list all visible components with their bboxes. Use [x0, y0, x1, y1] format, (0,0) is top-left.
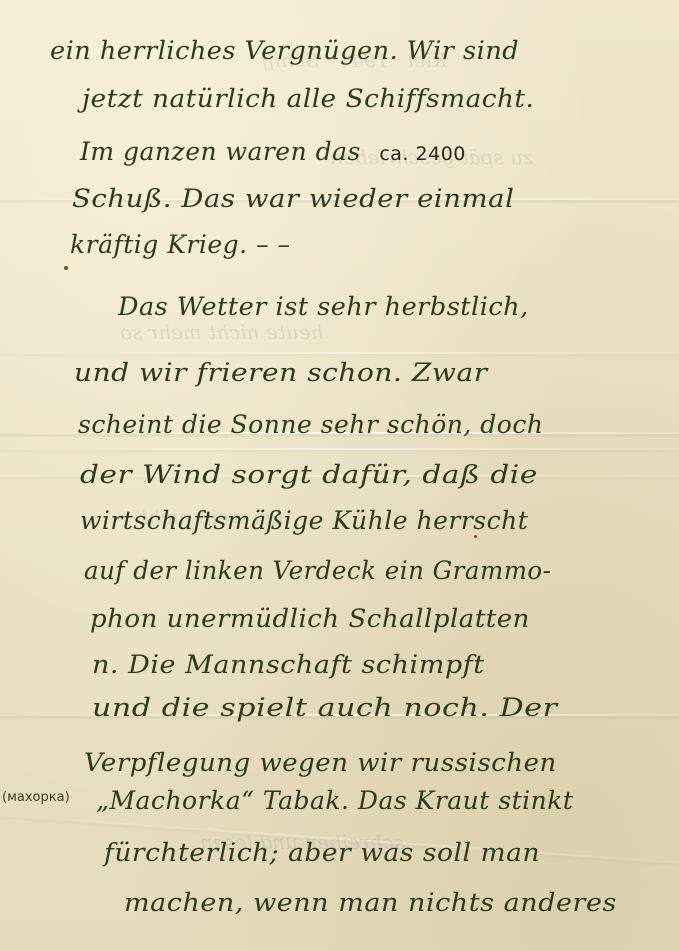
amount-text: ca. 2400 [379, 143, 466, 165]
letter-line-2: jetzt natürlich alle Schiffsmacht. [82, 84, 534, 113]
letter-line-13: n. Die Mannschaft schimpft [92, 650, 485, 679]
letter-line-7: und wir frieren schon. Zwar [74, 358, 488, 387]
letter-line-17: fürchterlich; aber was soll man [104, 838, 540, 867]
letter-line-14: und die spielt auch noch. Der [92, 693, 558, 722]
letter-line-4: Schuß. Das war wieder einmal [72, 184, 514, 213]
margin-note: (махорка) [2, 790, 70, 805]
letter-line-3: Im ganzen waren das ca. 2400 [80, 137, 466, 166]
bleed-through-text: heute nicht mehr so [120, 320, 324, 344]
ink-spot [64, 266, 68, 270]
letter-line-12: phon unermüdlich Schallplatten [90, 604, 530, 633]
letter-line-8: scheint die Sonne sehr schön, doch [78, 410, 543, 439]
paper-crease [0, 448, 679, 450]
letter-line-6: Das Wetter ist sehr herbstlich, [118, 292, 529, 321]
letter-page: Kiel · 1941 · Schiff zu spät geschrieben… [0, 0, 679, 951]
letter-line-18: machen, wenn man nichts anderes [124, 888, 617, 917]
letter-line-10: wirtschaftsmäßige Kühle herrscht [80, 506, 528, 535]
ink-spot [474, 535, 477, 538]
letter-line-15: Verpflegung wegen wir russischen [84, 748, 557, 777]
letter-line-9: der Wind sorgt dafür, daß die [80, 460, 538, 489]
letter-line-3-text: Im ganzen waren das [80, 137, 361, 166]
letter-line-16: „Machorka“ Tabak. Das Kraut stinkt [96, 786, 573, 815]
letter-line-11: auf der linken Verdeck ein Grammo- [84, 556, 551, 585]
letter-line-5: kräftig Krieg. – – [70, 230, 291, 259]
letter-line-1: ein herrliches Vergnügen. Wir sind [50, 36, 519, 65]
paper-crease [0, 352, 679, 354]
